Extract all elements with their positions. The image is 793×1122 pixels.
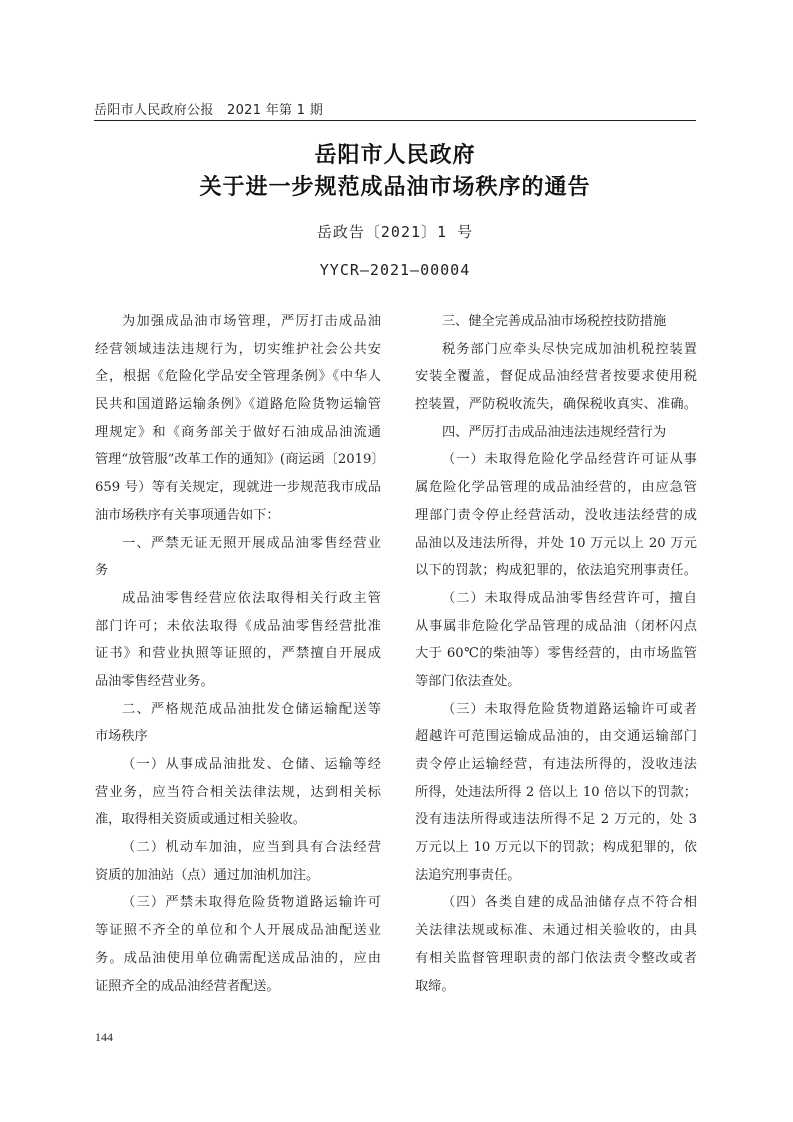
text-line: 控装置，严防税收流失，确保税收真实、准确。 <box>415 391 697 419</box>
text-line: 关法律法规或标准、未通过相关验收的，由具 <box>415 917 697 945</box>
text-line: 659 号）等有关规定，现就进一步规范我市成品 <box>95 474 381 502</box>
text-line: 取缔。 <box>415 973 697 1001</box>
text-line: 品油以及违法所得，并处 10 万元以上 20 万元 <box>415 530 697 558</box>
body-column-left: 为加强成品油市场管理，严厉打击成品油经营领域违法违规行为，切实维护社会公共安全，… <box>95 308 381 1000</box>
text-line: 等证照不齐全的单位和个人开展成品油配送业 <box>95 917 381 945</box>
text-line: 安装全覆盖，督促成品油经营者按要求使用税 <box>415 363 697 391</box>
text-line: 四、严厉打击成品油违法违规经营行为 <box>415 419 697 447</box>
text-line: 资质的加油站（点）通过加油机加注。 <box>95 862 381 890</box>
text-line: （一）未取得危险化学品经营许可证从事 <box>415 446 697 474</box>
text-line: 税务部门应牵头尽快完成加油机税控装置 <box>415 336 697 364</box>
text-line: （三）未取得危险货物道路运输许可或者 <box>415 696 697 724</box>
text-line: 品油零售经营业务。 <box>95 668 381 696</box>
text-line: 以下的罚款；构成犯罪的，依法追究刑事责任。 <box>415 557 697 585</box>
text-line: 一、严禁无证无照开展成品油零售经营业 <box>95 530 381 558</box>
text-line: 成品油零售经营应依法取得相关行政主管 <box>95 585 381 613</box>
text-line: 万元以上 10 万元以下的罚款；构成犯罪的，依 <box>415 834 697 862</box>
text-line: 理规定》和《商务部关于做好石油成品油流通 <box>95 419 381 447</box>
text-line: 管理“放管服”改革工作的通知》(商运函〔2019〕 <box>95 446 381 474</box>
text-line: 责令停止运输经营，有违法所得的，没收违法 <box>415 751 697 779</box>
text-line: 全，根据《危险化学品安全管理条例》《中华人 <box>95 363 381 391</box>
text-line: 超越许可范围运输成品油的，由交通运输部门 <box>415 723 697 751</box>
body-column-right: 三、健全完善成品油市场税控技防措施税务部门应牵头尽快完成加油机税控装置安装全覆盖… <box>415 308 697 1000</box>
text-line: 等部门依法查处。 <box>415 668 697 696</box>
page-number: 144 <box>95 1030 113 1045</box>
document-title-subject: 关于进一步规范成品油市场秩序的通告 <box>94 170 696 201</box>
registration-number: YYCR—2021—00004 <box>94 261 696 279</box>
text-line: 经营领域违法违规行为，切实维护社会公共安 <box>95 336 381 364</box>
text-line: 大于 60℃的柴油等）零售经营的，由市场监管 <box>415 640 697 668</box>
text-line: 油市场秩序有关事项通告如下： <box>95 502 381 530</box>
text-line: （二）未取得成品油零售经营许可，擅自 <box>415 585 697 613</box>
text-line: 所得，处违法所得 2 倍以上 10 倍以下的罚款； <box>415 779 697 807</box>
text-line: 营业务，应当符合相关法律法规，达到相关标 <box>95 779 381 807</box>
text-line: 有相关监督管理职责的部门依法责令整改或者 <box>415 945 697 973</box>
text-line: 法追究刑事责任。 <box>415 862 697 890</box>
document-title-issuer: 岳阳市人民政府 <box>94 138 696 169</box>
text-line: 务。成品油使用单位确需配送成品油的，应由 <box>95 945 381 973</box>
text-line: 准，取得相关资质或通过相关验收。 <box>95 806 381 834</box>
running-header: 岳阳市人民政府公报 2021 年第 1 期 <box>94 96 696 121</box>
text-line: 务 <box>95 557 381 585</box>
document-number: 岳政告〔2021〕1 号 <box>94 221 696 242</box>
text-line: 理部门责令停止经营活动，没收违法经营的成 <box>415 502 697 530</box>
text-line: 没有违法所得或违法所得不足 2 万元的，处 3 <box>415 806 697 834</box>
text-line: 三、健全完善成品油市场税控技防措施 <box>415 308 697 336</box>
text-line: 部门许可；未依法取得《成品油零售经营批准 <box>95 613 381 641</box>
text-line: （二）机动车加油，应当到具有合法经营 <box>95 834 381 862</box>
text-line: （三）严禁未取得危险货物道路运输许可 <box>95 889 381 917</box>
text-line: 民共和国道路运输条例》《道路危险货物运输管 <box>95 391 381 419</box>
text-line: （一）从事成品油批发、仓储、运输等经 <box>95 751 381 779</box>
text-line: 市场秩序 <box>95 723 381 751</box>
text-line: 为加强成品油市场管理，严厉打击成品油 <box>95 308 381 336</box>
text-line: 证书》和营业执照等证照的，严禁擅自开展成 <box>95 640 381 668</box>
text-line: （四）各类自建的成品油储存点不符合相 <box>415 889 697 917</box>
text-line: 从事属非危险化学品管理的成品油（闭杯闪点 <box>415 613 697 641</box>
text-line: 证照齐全的成品油经营者配送。 <box>95 973 381 1001</box>
publication-title: 岳阳市人民政府公报 2021 年第 1 期 <box>94 99 323 118</box>
text-line: 二、严格规范成品油批发仓储运输配送等 <box>95 696 381 724</box>
text-line: 属危险化学品管理的成品油经营的，由应急管 <box>415 474 697 502</box>
